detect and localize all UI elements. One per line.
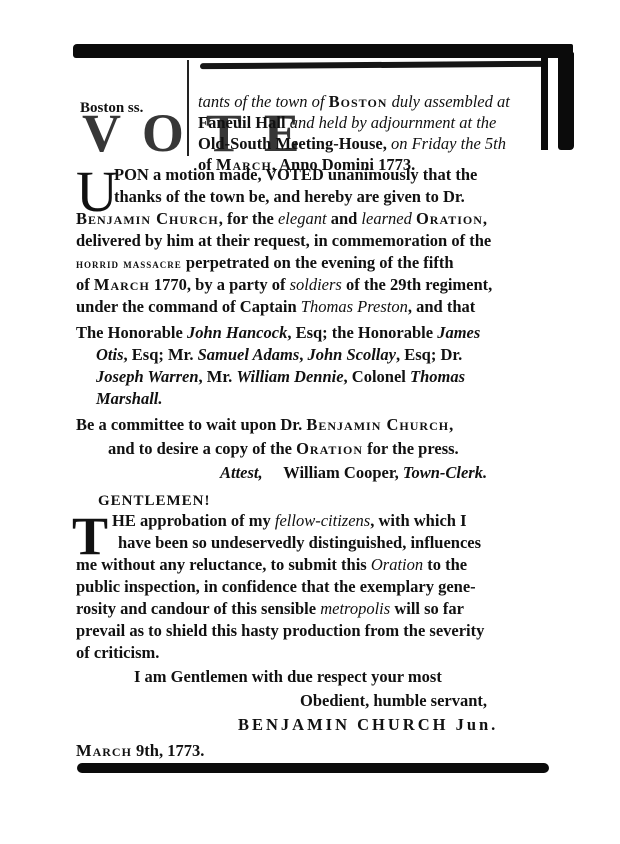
committee-charge-line: Be a committee to wait upon Dr. Benjamin… bbox=[76, 414, 453, 436]
committee-line: Otis, Esq; Mr. Samuel Adams, John Scolla… bbox=[96, 344, 462, 366]
letter-line: public inspection, in confidence that th… bbox=[76, 576, 476, 598]
committee-charge-line: and to desire a copy of the Oration for … bbox=[108, 438, 459, 460]
letter-line: me without any reluctance, to submit thi… bbox=[76, 554, 467, 576]
vote-line: delivered by him at their request, in co… bbox=[76, 230, 491, 252]
vote-line: thanks of the town be, and hereby are gi… bbox=[114, 186, 465, 208]
committee-line: Joseph Warren, Mr. William Dennie, Colon… bbox=[96, 366, 465, 388]
letter-date: March 9th, 1773. bbox=[76, 740, 204, 762]
closing-line: Obedient, humble servant, bbox=[300, 690, 487, 712]
heading-bracket bbox=[187, 60, 195, 156]
attest-line: Attest, William Cooper, Town-Clerk. bbox=[220, 462, 487, 484]
meeting-heading: At a meeting of the freeholders and othe… bbox=[198, 70, 543, 175]
heading-line: Faneuil Hall and held by adjournment at … bbox=[198, 112, 543, 133]
letter-line: have been so undeservedly distinguished,… bbox=[118, 532, 481, 554]
document-page: VOTE Boston ss. At a meeting of the free… bbox=[0, 0, 620, 844]
signature: BENJAMIN CHURCH Jun. bbox=[238, 714, 498, 736]
vote-line: of March 1770, by a party of soldiers of… bbox=[76, 274, 492, 296]
letter-line: rosity and candour of this sensible metr… bbox=[76, 598, 464, 620]
vote-line: under the command of Captain Thomas Pres… bbox=[76, 296, 475, 318]
right-border-smudge bbox=[558, 52, 574, 150]
boston-ss-label: Boston ss. bbox=[80, 100, 143, 117]
heading-line: Old-South Meeting-House, on Friday the 5… bbox=[198, 133, 543, 154]
committee-line: The Honorable John Hancock, Esq; the Hon… bbox=[76, 322, 480, 344]
vote-line: Benjamin Church, for the elegant and lea… bbox=[76, 208, 487, 230]
vote-line: horrid massacre perpetrated on the eveni… bbox=[76, 252, 454, 275]
vote-line: PON a motion made, VOTED unanimously tha… bbox=[114, 164, 477, 186]
top-border-rule bbox=[73, 44, 573, 58]
committee-line: Marshall. bbox=[96, 388, 162, 410]
letter-line: of criticism. bbox=[76, 642, 159, 664]
smudged-first-line bbox=[200, 61, 545, 69]
closing-line: I am Gentlemen with due respect your mos… bbox=[134, 666, 442, 688]
letter-line: HE approbation of my fellow-citizens, wi… bbox=[112, 510, 467, 532]
letter-line: prevail as to shield this hasty producti… bbox=[76, 620, 484, 642]
heading-line: tants of the town of Boston duly assembl… bbox=[198, 91, 543, 112]
bottom-border-rule bbox=[77, 763, 549, 773]
